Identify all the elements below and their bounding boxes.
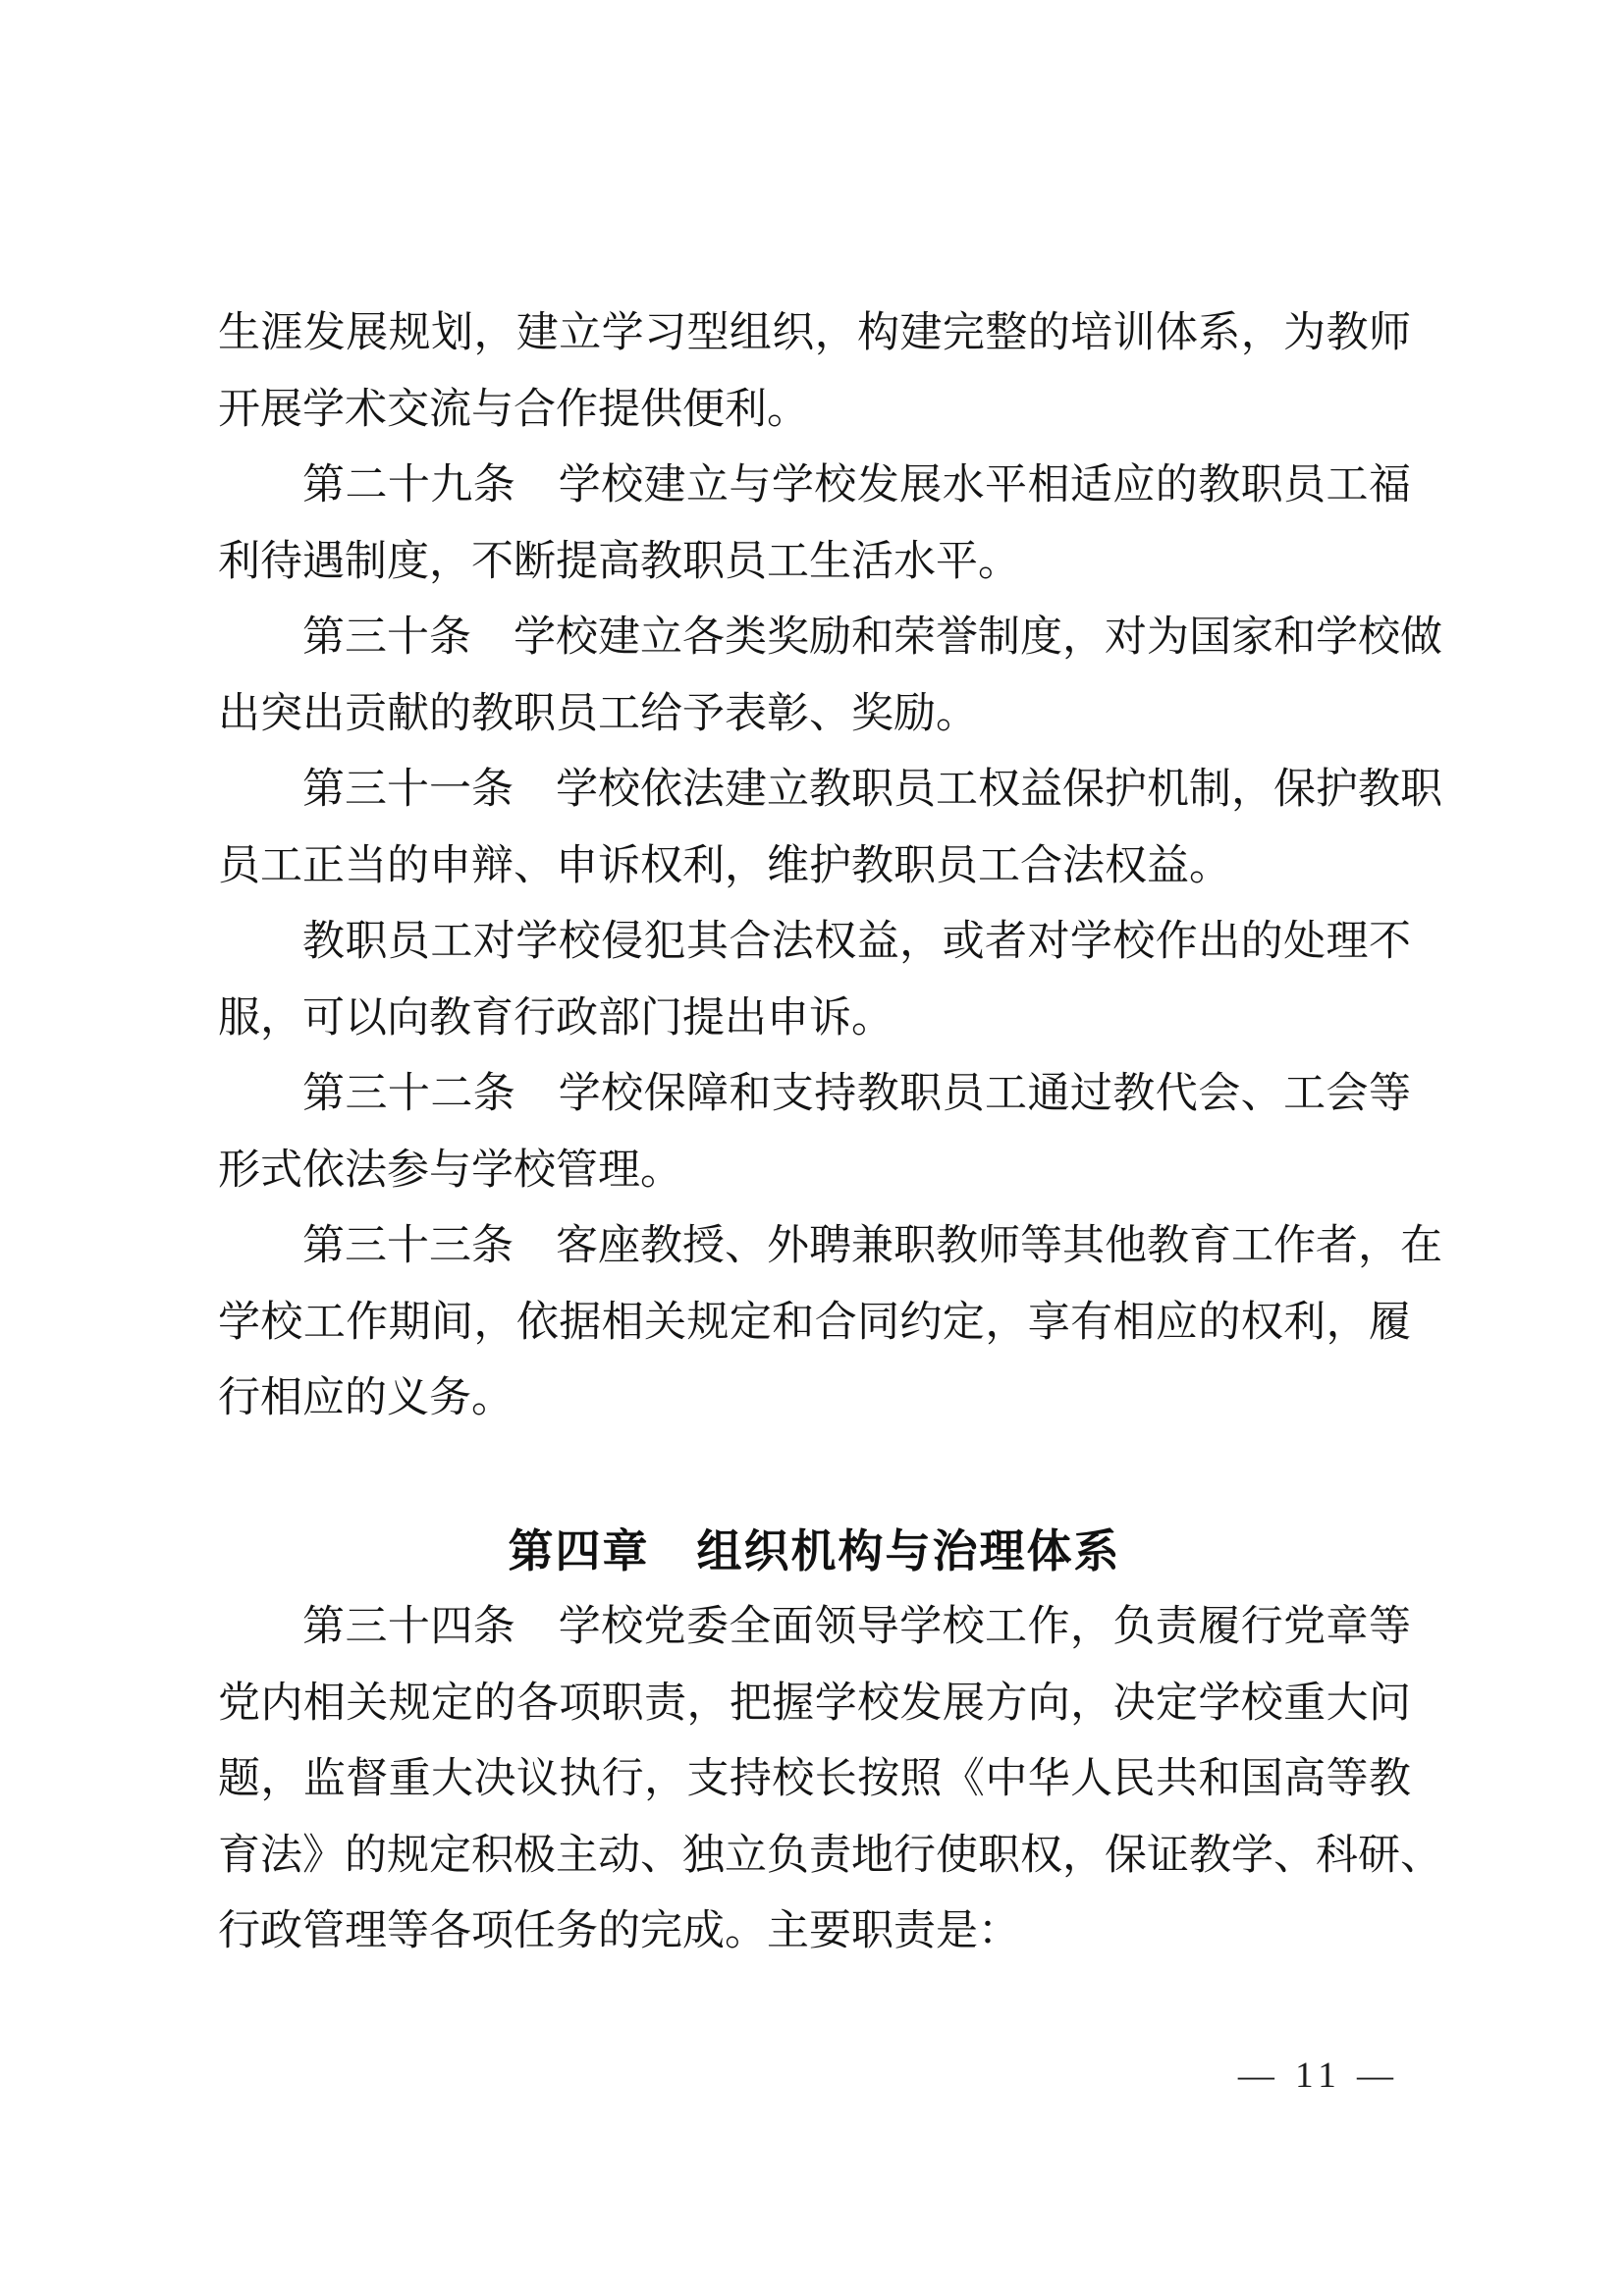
article-31-paragraph-2: 教职员工对学校侵犯其合法权益，或者对学校作出的处理不 服，可以向教育行政部门提出… <box>218 904 1411 1056</box>
text-line: 第三十条 学校建立各类奖励和荣誉制度，对为国家和学校做 <box>218 600 1411 676</box>
article-34-paragraph: 第三十四条 学校党委全面领导学校工作，负责履行党章等 党内相关规定的各项职责，把… <box>218 1589 1411 1970</box>
text-line: 第三十一条 学校依法建立教职员工权益保护机制，保护教职 <box>218 752 1411 828</box>
text-line: 员工正当的申辩、申诉权利，维护教职员工合法权益。 <box>218 828 1411 905</box>
text-line: 教职员工对学校侵犯其合法权益，或者对学校作出的处理不 <box>218 904 1411 981</box>
chapter-4-heading: 第四章 组织机构与治理体系 <box>218 1513 1411 1589</box>
text-line: 第二十九条 学校建立与学校发展水平相适应的教职员工福 <box>218 448 1411 524</box>
text-line: 第三十四条 学校党委全面领导学校工作，负责履行党章等 <box>218 1589 1411 1666</box>
article-32-paragraph: 第三十二条 学校保障和支持教职员工通过教代会、工会等 形式依法参与学校管理。 <box>218 1056 1411 1208</box>
article-30-paragraph: 第三十条 学校建立各类奖励和荣誉制度，对为国家和学校做 出突出贡献的教职员工给予… <box>218 600 1411 752</box>
page-body-text: 生涯发展规划，建立学习型组织，构建完整的培训体系，为教师 开展学术交流与合作提供… <box>218 295 1411 1970</box>
text-line: 开展学术交流与合作提供便利。 <box>218 372 1411 449</box>
text-line: 出突出贡献的教职员工给予表彰、奖励。 <box>218 676 1411 753</box>
text-line: 学校工作期间，依据相关规定和合同约定，享有相应的权利，履 <box>218 1285 1411 1362</box>
document-page: 生涯发展规划，建立学习型组织，构建完整的培训体系，为教师 开展学术交流与合作提供… <box>0 0 1624 2296</box>
text-line: 行政管理等各项任务的完成。主要职责是： <box>218 1894 1411 1970</box>
text-line: 形式依法参与学校管理。 <box>218 1133 1411 1209</box>
text-line: 第三十二条 学校保障和支持教职员工通过教代会、工会等 <box>218 1056 1411 1133</box>
text-line: 题，监督重大决议执行，支持校长按照《中华人民共和国高等教 <box>218 1741 1411 1818</box>
text-line: 服，可以向教育行政部门提出申诉。 <box>218 981 1411 1057</box>
article-33-paragraph: 第三十三条 客座教授、外聘兼职教师等其他教育工作者，在 学校工作期间，依据相关规… <box>218 1208 1411 1437</box>
text-line: 行相应的义务。 <box>218 1361 1411 1437</box>
article-31-paragraph: 第三十一条 学校依法建立教职员工权益保护机制，保护教职 员工正当的申辩、申诉权利… <box>218 752 1411 904</box>
text-line: 党内相关规定的各项职责，把握学校发展方向，决定学校重大问 <box>218 1666 1411 1742</box>
text-line: 生涯发展规划，建立学习型组织，构建完整的培训体系，为教师 <box>218 295 1411 372</box>
article-29-paragraph: 第二十九条 学校建立与学校发展水平相适应的教职员工福 利待遇制度，不断提高教职员… <box>218 448 1411 600</box>
continuation-paragraph: 生涯发展规划，建立学习型组织，构建完整的培训体系，为教师 开展学术交流与合作提供… <box>218 295 1411 448</box>
text-line: 利待遇制度，不断提高教职员工生活水平。 <box>218 524 1411 601</box>
text-line: 育法》的规定积极主动、独立负责地行使职权，保证教学、科研、 <box>218 1818 1411 1895</box>
page-number: — 11 — <box>1220 2055 1417 2097</box>
text-line: 第三十三条 客座教授、外聘兼职教师等其他教育工作者，在 <box>218 1208 1411 1285</box>
